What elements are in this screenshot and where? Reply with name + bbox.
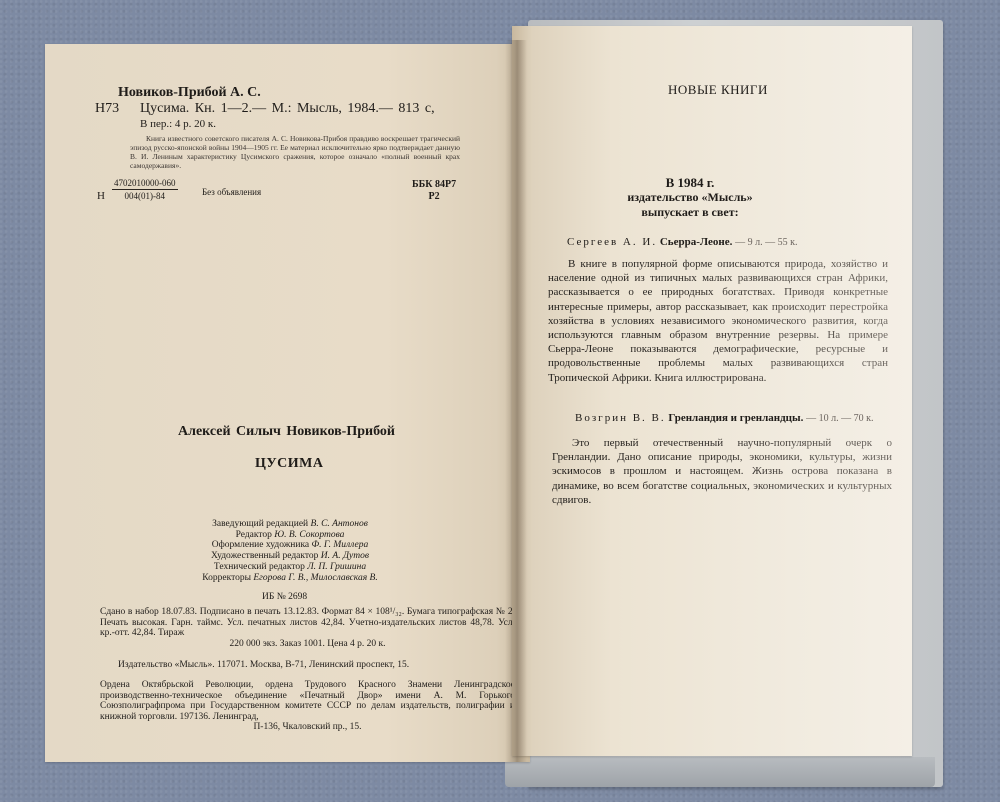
isbn-prefix: Н [97, 190, 105, 202]
announcement: В 1984 г. издательство «Мысль» выпускает… [600, 175, 780, 220]
entry-author: Возгрин В. В. [575, 412, 666, 424]
right-page [512, 26, 912, 756]
staff-row: Заведующий редакцией В. С. Антонов [180, 519, 400, 530]
book-cover-edge [505, 757, 935, 787]
staff-name: Л. П. Гришина [307, 562, 366, 572]
classification-code: Н73 [95, 101, 119, 117]
ib-number: ИБ № 2698 [262, 592, 307, 602]
entry-meta: — 10 л. — 70 к. [806, 413, 873, 424]
staff-role: Заведующий редакцией [212, 519, 310, 529]
announcement-year: В 1984 г. [600, 175, 780, 190]
printer-info-last-line: П-136, Чкаловский пр., 15. [100, 722, 515, 733]
staff-row: Корректоры Егорова Г. В., Милославская В… [180, 573, 400, 584]
publisher-address: Издательство «Мысль». 117071. Москва, В-… [118, 660, 409, 670]
announcement-publisher: издательство «Мысль» [600, 190, 780, 205]
printer-info: Ордена Октябрьской Революции, ордена Тру… [100, 680, 515, 733]
staff-row: Редактор Ю. В. Сокортова [180, 530, 400, 541]
staff-role: Художественный редактор [211, 551, 321, 561]
staff-row: Оформление художника Ф. Г. Миллера [180, 540, 400, 551]
print-details-text: Сдано в набор 18.07.83. Подписано в печа… [100, 607, 515, 638]
catalog-author-header: Новиков-Прибой А. С. [118, 85, 261, 101]
staff-name: Ф. Г. Миллера [312, 540, 369, 550]
bbk-line-2: Р2 [412, 191, 456, 203]
catalog-binding-price: В пер.: 4 р. 20 к. [140, 118, 216, 130]
book-entry-header: Сергеев А. И. Сьерра-Леоне. — 9 л. — 55 … [567, 236, 797, 248]
catalog-title-line: Цусима. Кн. 1—2.— М.: Мысль, 1984.— 813 … [140, 101, 435, 117]
printer-info-text: Ордена Октябрьской Революции, ордена Тру… [100, 680, 515, 722]
entry-title: Гренландия и гренландцы. [668, 412, 803, 424]
new-books-heading: НОВЫЕ КНИГИ [668, 82, 768, 98]
staff-role: Технический редактор [214, 562, 307, 572]
entry-title: Сьерра-Леоне. [660, 236, 733, 248]
staff-name: Егорова Г. В., Милославская В. [253, 573, 377, 583]
print-details: Сдано в набор 18.07.83. Подписано в печа… [100, 607, 515, 649]
book-entry-header: Возгрин В. В. Гренландия и гренландцы. —… [575, 412, 873, 424]
book-entry-description: В книге в популярной форме описываются п… [548, 257, 888, 385]
catalog-annotation: Книга известного советского писателя А. … [130, 134, 460, 170]
annotation-text: Книга известного советского писателя А. … [130, 134, 460, 170]
isbn-fraction: 4702010000-060 004(01)-84 [112, 178, 178, 201]
print-details-last-line: 220 000 экз. Заказ 1001. Цена 4 р. 20 к. [100, 639, 515, 650]
bbk-line-1: ББК 84Р7 [412, 179, 456, 191]
book-entry-description: Это первый отечественный научно-популярн… [552, 436, 892, 507]
entry-description-text: Это первый отечественный научно-популярн… [552, 436, 892, 507]
staff-row: Художественный редактор И. А. Дутов [180, 551, 400, 562]
staff-name: И. А. Дутов [321, 551, 369, 561]
staff-role: Редактор [236, 530, 275, 540]
editorial-staff-list: Заведующий редакцией В. С. АнтоновРедакт… [180, 519, 400, 583]
entry-description-text: В книге в популярной форме описываются п… [548, 257, 888, 385]
staff-role: Корректоры [202, 573, 253, 583]
entry-author: Сергеев А. И. [567, 236, 657, 248]
full-author-name: Алексей Силыч Новиков-Прибой [178, 424, 395, 440]
isbn-note: Без объявления [202, 187, 261, 197]
book-title: ЦУСИМА [255, 456, 324, 472]
announcement-release: выпускает в свет: [600, 205, 780, 220]
staff-name: Ю. В. Сокортова [274, 530, 344, 540]
isbn-numerator: 4702010000-060 [112, 178, 178, 190]
staff-name: В. С. Антонов [311, 519, 368, 529]
entry-meta: — 9 л. — 55 к. [735, 237, 797, 248]
staff-role: Оформление художника [212, 540, 312, 550]
staff-row: Технический редактор Л. П. Гришина [180, 562, 400, 573]
isbn-denominator: 004(01)-84 [112, 190, 178, 201]
bbk-code: ББК 84Р7 Р2 [412, 179, 456, 203]
